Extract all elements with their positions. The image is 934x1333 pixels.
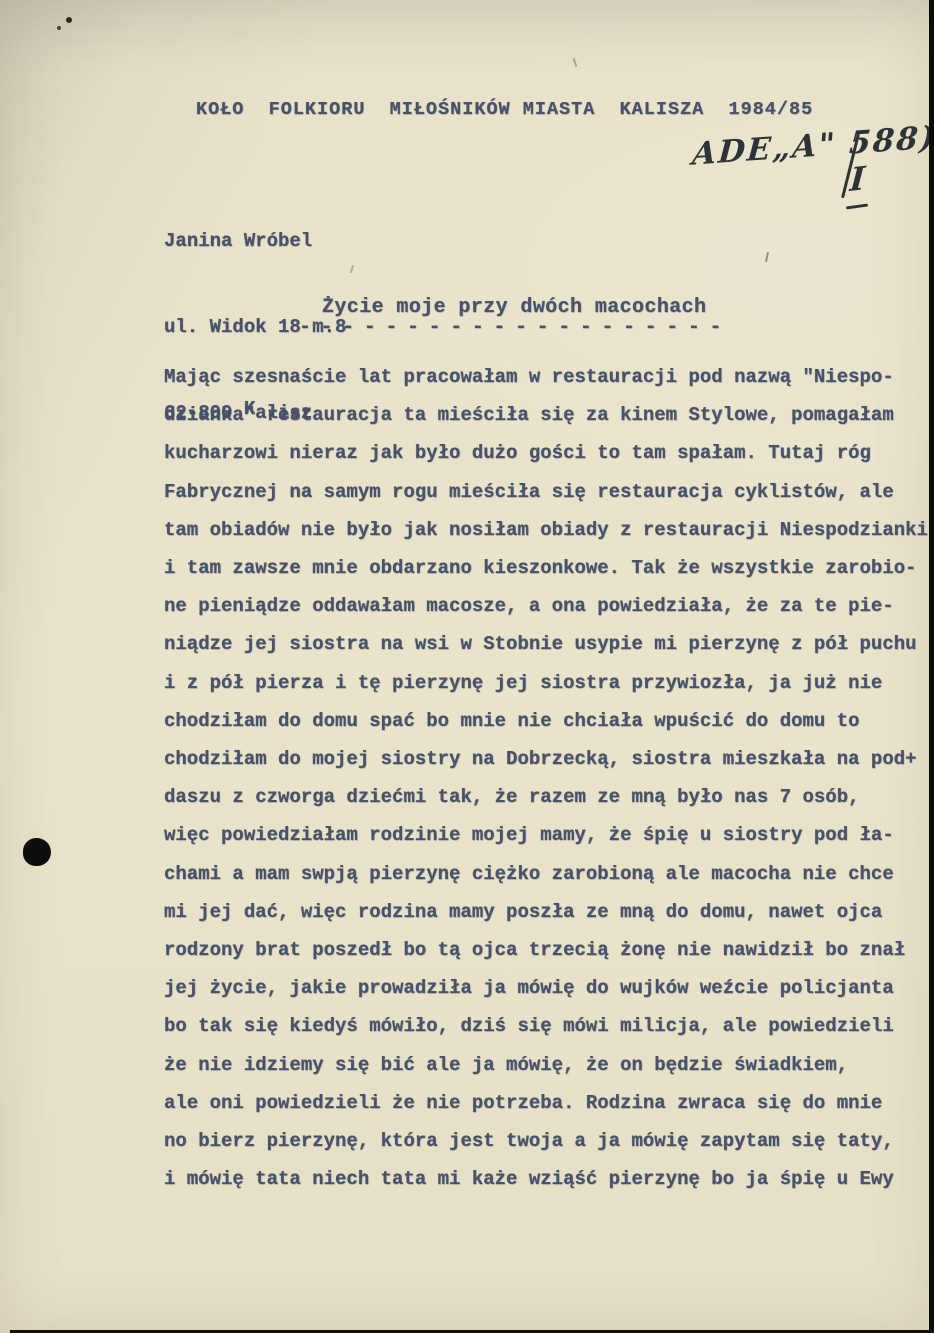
title-dashed-underline: - - - - - - - - - - - - - - - - - - - -	[299, 316, 720, 339]
scan-edge-right	[929, 0, 934, 1333]
annotation-page-number: I	[849, 159, 867, 199]
sender-name: Janina Wróbel	[164, 227, 346, 256]
paper-speck	[57, 26, 61, 30]
paper-speck	[66, 17, 72, 23]
annotation-number-underline	[846, 203, 868, 209]
document-header: KOŁO FOLKIORU MIŁOŚNIKÓW MIASTA KALISZA …	[196, 99, 813, 120]
ink-blot-mark	[23, 838, 51, 866]
handwritten-archive-annotation: ADE„A" 588)	[691, 119, 934, 172]
paper-speck	[573, 58, 578, 67]
paper-speck	[350, 265, 355, 273]
memoir-body-text: Mając szesnaście lat pracowałam w restau…	[164, 358, 934, 1198]
paper-speck	[765, 252, 769, 262]
scanned-typewritten-page: KOŁO FOLKIORU MIŁOŚNIKÓW MIASTA KALISZA …	[0, 0, 934, 1333]
